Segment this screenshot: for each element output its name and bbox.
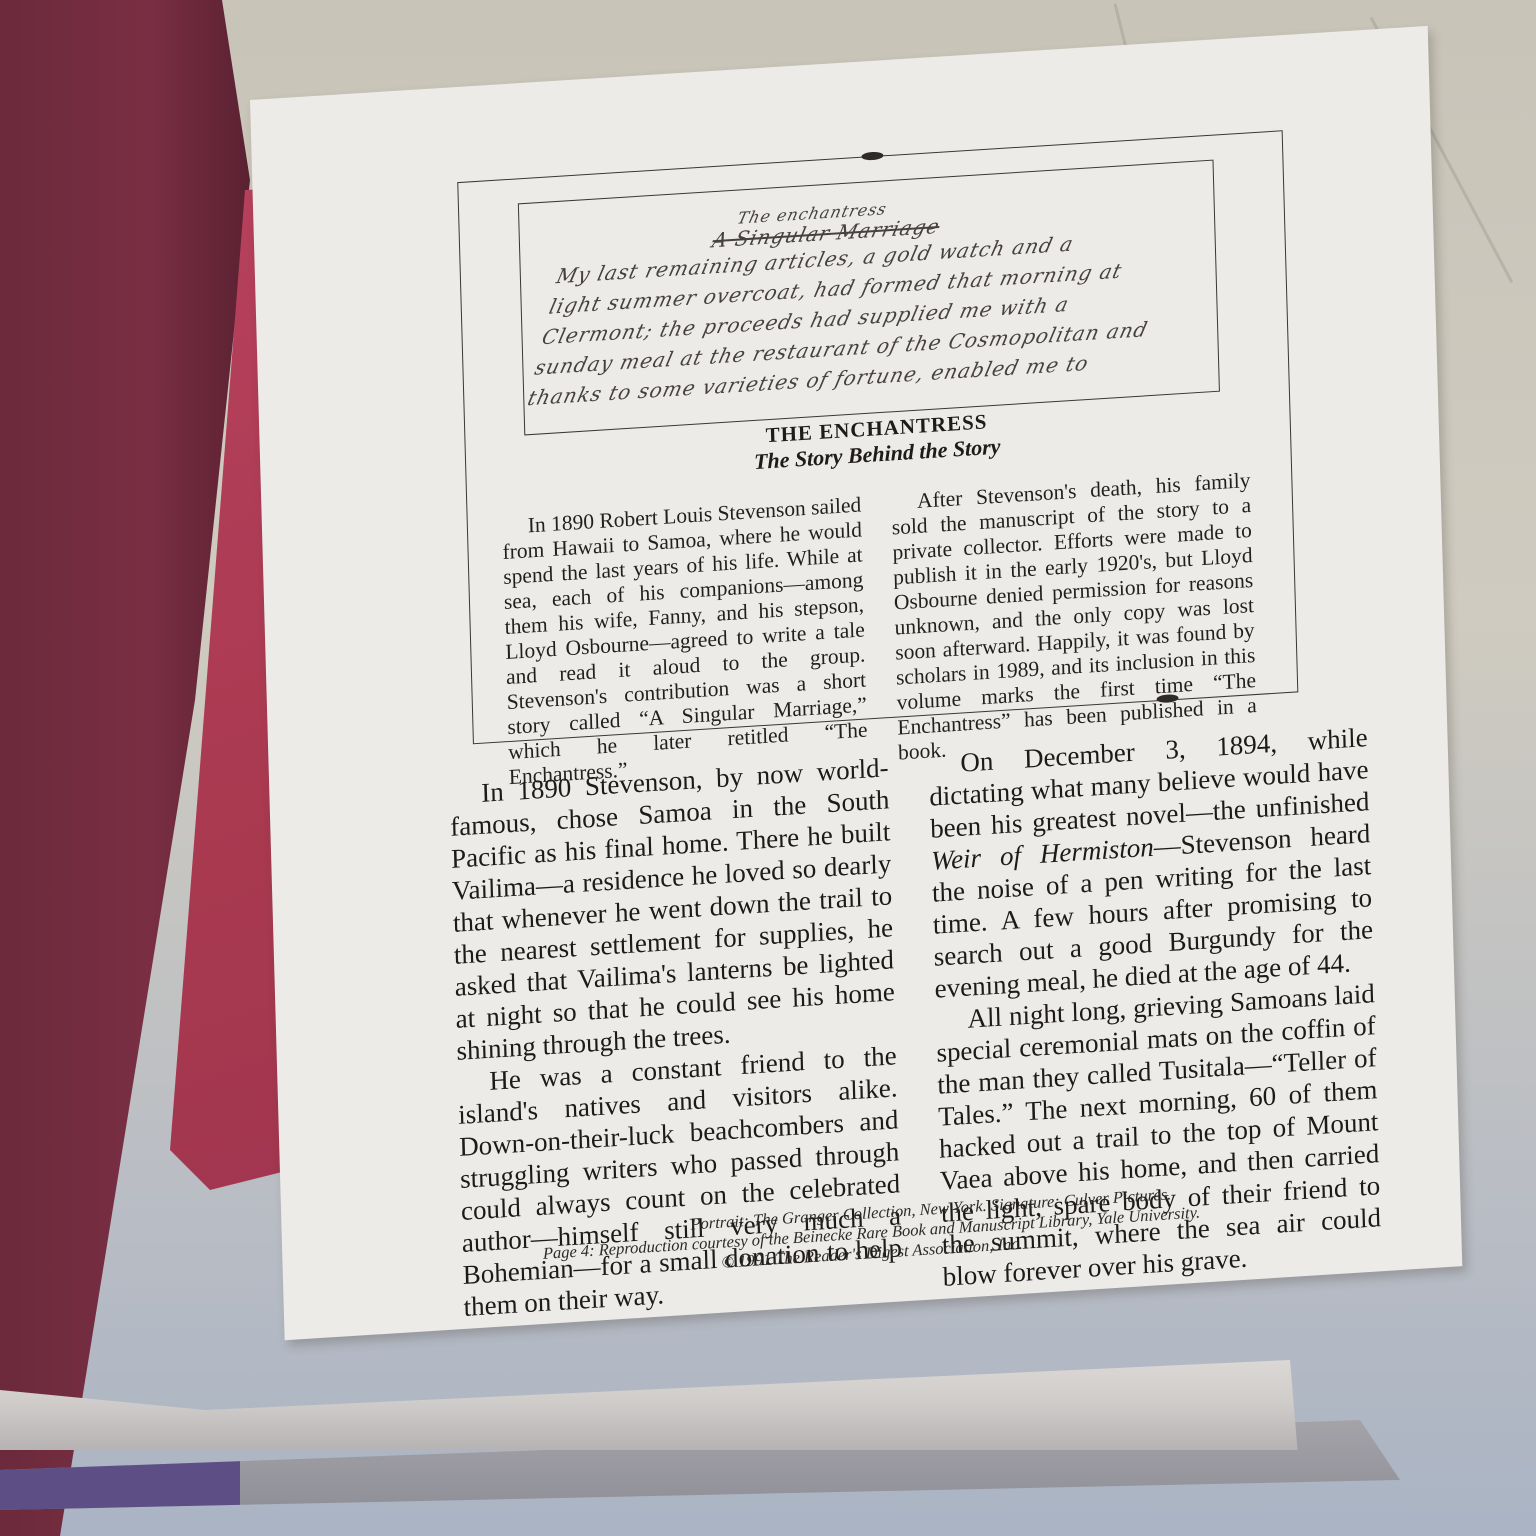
sidebar-paragraph: In 1890 Robert Louis Stevenson sailed fr… (502, 492, 869, 790)
body-paragraph: In 1890 Stevenson, by now world-famous, … (449, 751, 896, 1067)
sidebar-paragraph: After Stevenson's death, his family sold… (891, 468, 1258, 766)
book-page: The enchantress A Singular Marriage My l… (250, 26, 1462, 1340)
sidebar-column-left: In 1890 Robert Louis Stevenson sailed fr… (502, 492, 869, 790)
body-paragraph: On December 3, 1894, while dictating wha… (928, 721, 1374, 1005)
sidebar-column-right: After Stevenson's death, his family sold… (891, 468, 1258, 766)
